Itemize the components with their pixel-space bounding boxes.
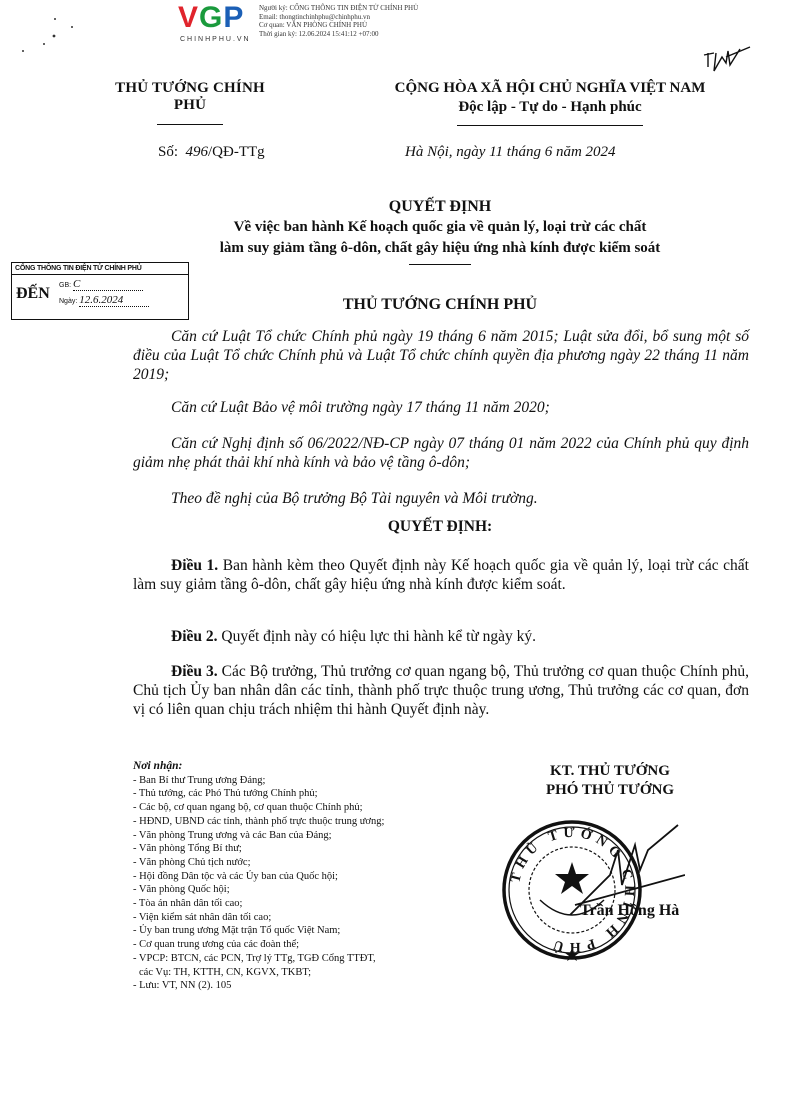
legal-basis-4: Theo đề nghị của Bộ trưởng Bộ Tài nguyên… (133, 489, 749, 508)
recipient-item: các Vụ: TH, KTTH, CN, KGVX, TKBT; (133, 966, 493, 980)
recipient-item: - Văn phòng Quốc hội; (133, 883, 493, 897)
stamp-header: CỔNG THÔNG TIN ĐIỆN TỬ CHÍNH PHỦ (12, 263, 188, 275)
subject-line-1: Về việc ban hành Kế hoạch quốc gia về qu… (120, 217, 760, 237)
article-3: Điều 3. Các Bộ trưởng, Thủ trưởng cơ qua… (133, 662, 749, 719)
official-seal-icon: THỦ TƯỚNG CHÍNH PHỦ (500, 790, 685, 975)
vgp-subtitle: CHINHPHU.VN (180, 36, 251, 43)
seal-text: THỦ TƯỚNG CHÍNH PHỦ (508, 825, 636, 956)
signature-title-1: KT. THỦ TƯỚNG (510, 762, 710, 781)
place-date: Hà Nội, ngày 11 tháng 6 năm 2024 (405, 144, 616, 161)
document-type: QUYẾT ĐỊNH (120, 198, 760, 216)
handwritten-initials-icon (700, 45, 760, 75)
article-1: Điều 1. Ban hành kèm theo Quyết định này… (133, 556, 749, 594)
stamp-label: ĐẾN (16, 285, 50, 303)
recipient-item: - VPCP: BTCN, các PCN, Trợ lý TTg, TGĐ C… (133, 952, 493, 966)
recipient-item: - Lưu: VT, NN (2). 105 (133, 979, 493, 993)
recipient-item: - Văn phòng Trung ương và các Ban của Đả… (133, 829, 493, 843)
subject-line-2: làm suy giảm tầng ô-dôn, chất gây hiệu ứ… (120, 238, 760, 258)
issuer-name: THỦ TƯỚNG CHÍNH PHỦ (110, 80, 270, 114)
svg-text:THỦ TƯỚNG CHÍNH PHỦ: THỦ TƯỚNG CHÍNH PHỦ (508, 825, 636, 956)
recipient-item: - Viện kiểm sát nhân dân tối cao; (133, 911, 493, 925)
signed-time-line: Thời gian ký: 12.06.2024 15:41:12 +07:00 (259, 30, 418, 39)
agency-line: Cơ quan: VĂN PHÒNG CHÍNH PHỦ (259, 21, 418, 30)
recipient-item: - Văn phòng Chủ tịch nước; (133, 856, 493, 870)
legal-basis-1: Căn cứ Luật Tổ chức Chính phủ ngày 19 th… (133, 327, 749, 384)
legal-basis-3: Căn cứ Nghị định số 06/2022/NĐ-CP ngày 0… (133, 434, 749, 472)
article-2: Điều 2. Quyết định này có hiệu lực thi h… (133, 627, 749, 646)
digital-signature-info: Người ký: CỔNG THÔNG TIN ĐIỆN TỬ CHÍNH P… (259, 4, 418, 38)
issuer-underline (157, 124, 223, 125)
authority-heading: THỦ TƯỚNG CHÍNH PHỦ (120, 296, 760, 314)
recipient-item: - Hội đồng Dân tộc và các Ủy ban của Quố… (133, 870, 493, 884)
recipient-item: - Văn phòng Tổng Bí thư; (133, 842, 493, 856)
recipient-item: - Thủ tướng, các Phó Thủ tướng Chính phủ… (133, 787, 493, 801)
recipients-title: Nơi nhận: (133, 760, 493, 774)
national-header: CỘNG HÒA XÃ HỘI CHỦ NGHĨA VIỆT NAM Độc l… (355, 80, 745, 126)
document-number: Số: 496/QĐ-TTg (158, 144, 265, 161)
signer-name: Trần Hồng Hà (580, 902, 679, 920)
recipient-item: - Tòa án nhân dân tối cao; (133, 897, 493, 911)
nation-name: CỘNG HÒA XÃ HỘI CHỦ NGHĨA VIỆT NAM (355, 80, 745, 97)
recipient-item: - Các bộ, cơ quan ngang bộ, cơ quan thuộ… (133, 801, 493, 815)
motto-underline (457, 125, 643, 126)
recipients-list: Nơi nhận: - Ban Bí thư Trung ương Đảng;-… (133, 760, 493, 993)
title-underline (409, 264, 471, 265)
document-title: QUYẾT ĐỊNH Về việc ban hành Kế hoạch quố… (120, 198, 760, 265)
scan-specks (10, 10, 80, 60)
signer-line: Người ký: CỔNG THÔNG TIN ĐIỆN TỬ CHÍNH P… (259, 4, 418, 13)
recipient-item: - Ủy ban trung ương Mặt trận Tổ quốc Việ… (133, 924, 493, 938)
recipient-item: - Ban Bí thư Trung ương Đảng; (133, 774, 493, 788)
decision-heading: QUYẾT ĐỊNH: (120, 518, 760, 536)
legal-basis-2: Căn cứ Luật Bảo vệ môi trường ngày 17 th… (133, 398, 749, 417)
recipient-item: - Cơ quan trung ương của các đoàn thể; (133, 938, 493, 952)
issuer-block: THỦ TƯỚNG CHÍNH PHỦ (110, 80, 270, 125)
stamp-field-gb: GB: C (59, 278, 143, 291)
number-value: 496 (186, 144, 209, 160)
recipient-item: - HĐND, UBND các tỉnh, thành phố trực th… (133, 815, 493, 829)
national-motto: Độc lập - Tự do - Hạnh phúc (355, 99, 745, 116)
vgp-logo: VGP (178, 2, 244, 34)
email-line: Email: thongtinchinhphu@chinhphu.vn (259, 13, 418, 22)
